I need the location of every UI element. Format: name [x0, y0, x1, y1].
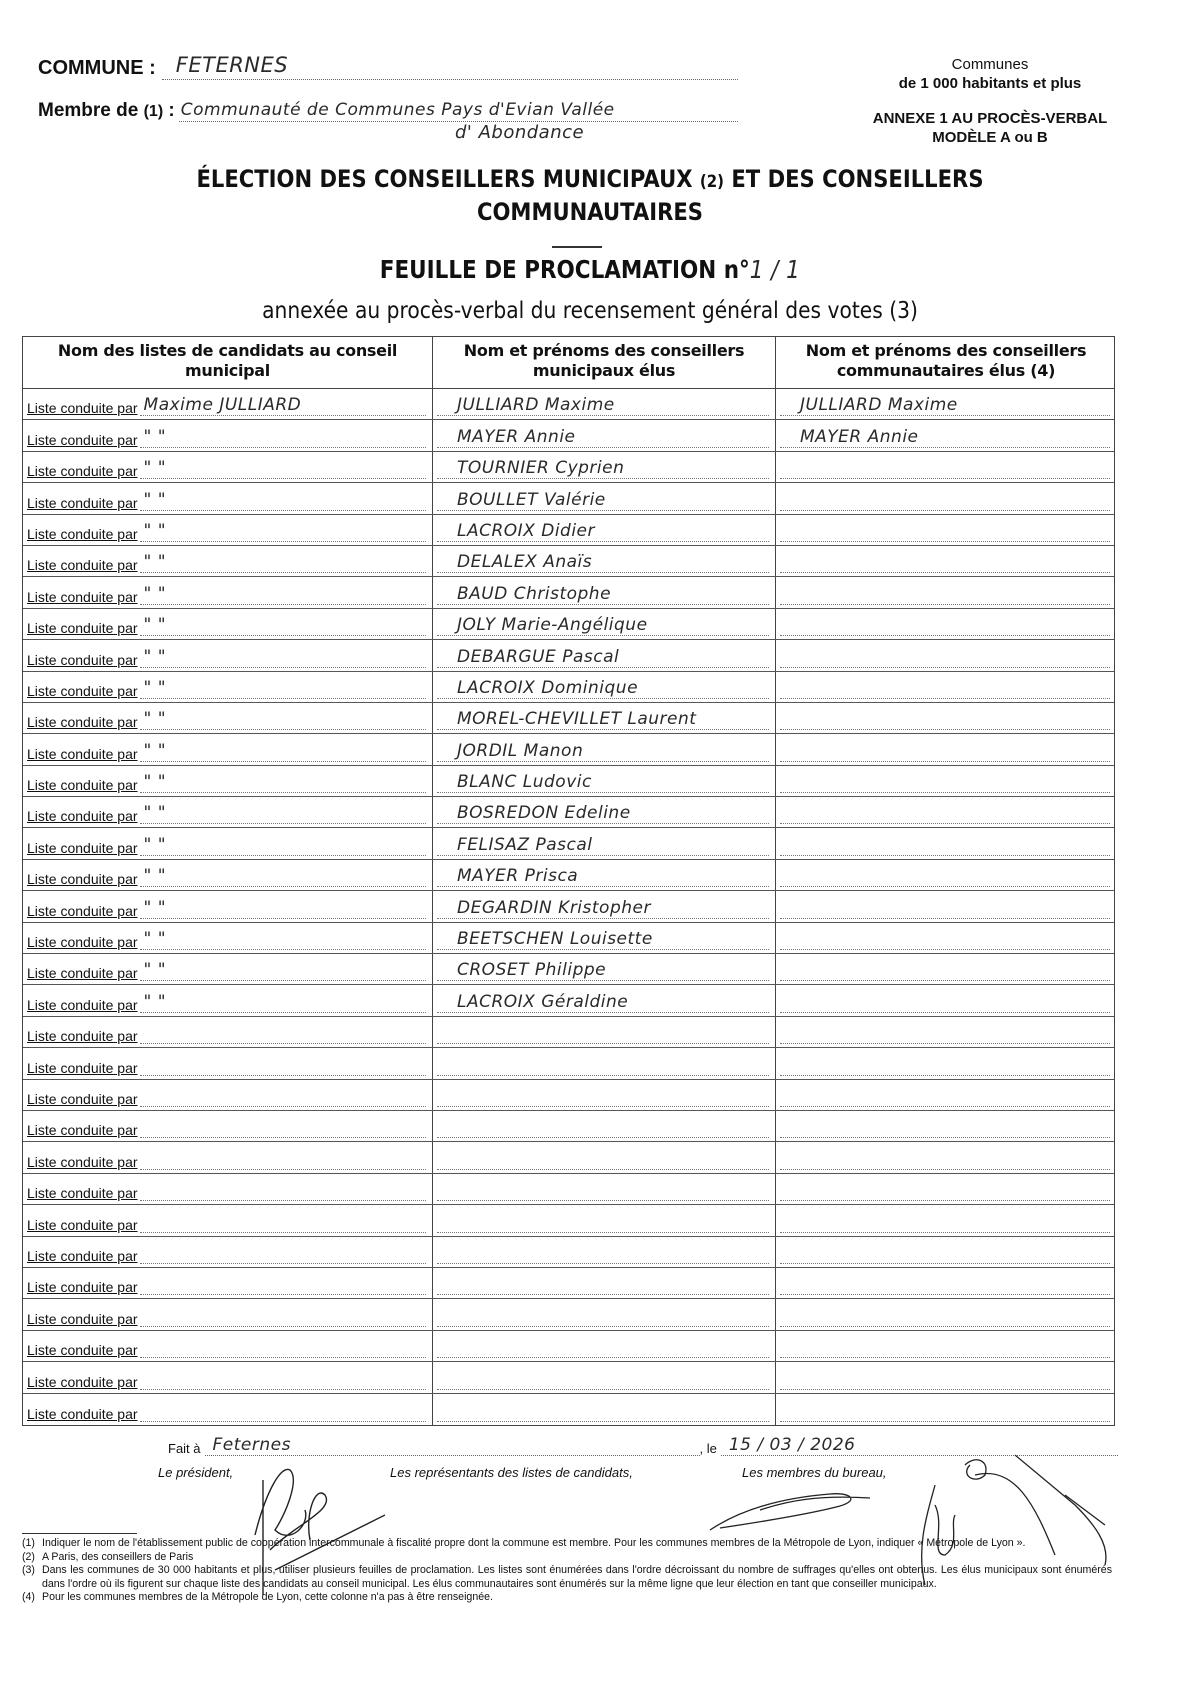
cell-communautaire[interactable] [776, 515, 1116, 545]
representants-label: Les représentants des listes de candidat… [390, 1465, 633, 1480]
table-row: Liste conduite par" "BLANC Ludovic [23, 766, 1114, 797]
cell-municipal[interactable] [433, 1205, 776, 1235]
date-value: 15 / 03 / 2026 [729, 1435, 856, 1455]
commune-field: COMMUNE : FETERNES [38, 50, 738, 80]
header-municipaux: Nom et prénoms des conseillers municipau… [433, 337, 776, 388]
liste-leader-input[interactable] [140, 1307, 426, 1327]
communautaire-name-input[interactable] [780, 491, 1110, 511]
liste-conduite-label: Liste conduite par [27, 965, 138, 981]
liste-conduite-label: Liste conduite par [27, 840, 138, 856]
municipal-name-input[interactable]: DEBARGUE Pascal [437, 648, 769, 668]
cell-liste[interactable]: Liste conduite par [23, 1174, 433, 1204]
cell-communautaire[interactable] [776, 640, 1116, 670]
table-row: Liste conduite par [23, 1142, 1114, 1173]
cell-municipal[interactable] [433, 1237, 776, 1267]
liste-leader-input[interactable]: " " [140, 710, 426, 730]
liste-leader-input[interactable] [140, 1150, 426, 1170]
cell-communautaire[interactable] [776, 452, 1116, 482]
cell-communautaire[interactable] [776, 1111, 1116, 1141]
communautaire-name-value: MAYER Annie [800, 427, 919, 447]
cell-communautaire[interactable] [776, 1017, 1116, 1047]
proclamation-number[interactable]: 1 / 1 [750, 255, 800, 284]
liste-leader-input[interactable]: " " [140, 993, 426, 1013]
cell-liste[interactable]: Liste conduite par" " [23, 672, 433, 702]
liste-leader-value: " " [144, 772, 167, 792]
cell-communautaire[interactable] [776, 1237, 1116, 1267]
liste-conduite-label: Liste conduite par [27, 1374, 138, 1390]
communautaire-name-input[interactable] [780, 993, 1110, 1013]
liste-conduite-label: Liste conduite par [27, 400, 138, 416]
municipal-name-value: MOREL-CHEVILLET Laurent [457, 709, 696, 729]
communautaire-name-input[interactable] [780, 616, 1110, 636]
liste-leader-input[interactable]: " " [140, 899, 426, 919]
liste-conduite-label: Liste conduite par [27, 620, 138, 636]
table-row: Liste conduite par" "DEBARGUE Pascal [23, 640, 1114, 671]
communautaire-name-input[interactable] [780, 553, 1110, 573]
communautaire-name-input[interactable] [780, 710, 1110, 730]
liste-conduite-label: Liste conduite par [27, 714, 138, 730]
liste-conduite-label: Liste conduite par [27, 526, 138, 542]
cell-communautaire[interactable] [776, 1362, 1116, 1392]
liste-leader-input[interactable]: " " [140, 836, 426, 856]
cell-liste[interactable]: Liste conduite par [23, 1299, 433, 1329]
cell-liste[interactable]: Liste conduite par [23, 1080, 433, 1110]
municipal-name-input[interactable]: TOURNIER Cyprien [437, 459, 769, 479]
cell-communautaire[interactable]: JULLIARD Maxime [776, 389, 1116, 419]
communautaire-name-input[interactable] [780, 679, 1110, 699]
municipal-name-input[interactable]: JOLY Marie-Angélique [437, 616, 769, 636]
form-ref-line1: Communes [820, 55, 1160, 74]
cell-municipal[interactable] [433, 1299, 776, 1329]
table-row: Liste conduite par" "FELISAZ Pascal [23, 828, 1114, 859]
cell-municipal[interactable] [433, 1080, 776, 1110]
liste-conduite-label: Liste conduite par [27, 589, 138, 605]
liste-conduite-label: Liste conduite par [27, 1406, 138, 1422]
communautaire-name-input[interactable]: MAYER Annie [780, 428, 1110, 448]
municipal-name-value: JORDIL Manon [457, 741, 583, 761]
membres-label: Les membres du bureau, [742, 1465, 887, 1480]
cell-communautaire[interactable]: MAYER Annie [776, 420, 1116, 450]
title-line1a: ÉLECTION DES CONSEILLERS MUNICIPAUX [196, 165, 692, 193]
liste-leader-input[interactable]: " " [140, 742, 426, 762]
footnote-number: (2) [22, 1551, 42, 1565]
table-row: Liste conduite par" "MOREL-CHEVILLET Lau… [23, 703, 1114, 734]
liste-leader-input[interactable]: " " [140, 867, 426, 887]
table-row: Liste conduite par" "BOSREDON Edeline [23, 797, 1114, 828]
liste-leader-input[interactable] [140, 1024, 426, 1044]
liste-leader-input[interactable]: Maxime JULLIARD [140, 396, 426, 416]
cell-liste[interactable]: Liste conduite par" " [23, 609, 433, 639]
municipal-name-input[interactable] [437, 1024, 769, 1044]
cell-municipal[interactable]: LACROIX Géraldine [433, 985, 776, 1015]
cell-communautaire[interactable] [776, 1268, 1116, 1298]
table-row: Liste conduite par" "LACROIX Didier [23, 515, 1114, 546]
cell-municipal[interactable] [433, 1394, 776, 1425]
liste-leader-value: " " [144, 898, 167, 918]
liste-leader-value: " " [144, 992, 167, 1012]
cell-communautaire[interactable] [776, 1174, 1116, 1204]
cell-municipal[interactable]: MAYER Annie [433, 420, 776, 450]
table-row: Liste conduite par" "CROSET Philippe [23, 954, 1114, 985]
table-row: Liste conduite par [23, 1048, 1114, 1079]
municipal-name-input[interactable]: BLANC Ludovic [437, 773, 769, 793]
footnote-number: (3) [22, 1564, 42, 1591]
communautaire-name-input[interactable] [780, 648, 1110, 668]
liste-leader-value: " " [144, 803, 167, 823]
communautaire-name-input[interactable] [780, 1056, 1110, 1076]
liste-leader-input[interactable]: " " [140, 679, 426, 699]
municipal-name-input[interactable] [437, 1213, 769, 1233]
cell-liste[interactable]: Liste conduite par [23, 1237, 433, 1267]
municipal-name-input[interactable]: LACROIX Dominique [437, 679, 769, 699]
communautaire-name-input[interactable] [780, 522, 1110, 542]
table-header: Nom des listes de candidats au conseil m… [23, 337, 1114, 389]
commune-input[interactable]: FETERNES [162, 56, 738, 80]
municipal-name-input[interactable] [437, 1275, 769, 1295]
communautaire-name-input[interactable] [780, 1181, 1110, 1201]
liste-leader-input[interactable]: " " [140, 616, 426, 636]
cell-municipal[interactable] [433, 1017, 776, 1047]
cell-municipal[interactable]: CROSET Philippe [433, 954, 776, 984]
municipal-name-input[interactable]: DELALEX Anaïs [437, 553, 769, 573]
cell-municipal[interactable] [433, 1174, 776, 1204]
municipal-name-input[interactable]: BOULLET Valérie [437, 491, 769, 511]
liste-conduite-label: Liste conduite par [27, 557, 138, 573]
municipal-name-input[interactable]: DEGARDIN Kristopher [437, 899, 769, 919]
liste-leader-input[interactable]: " " [140, 459, 426, 479]
cell-communautaire[interactable] [776, 1205, 1116, 1235]
form-ref-line2: de 1 000 habitants et plus [820, 74, 1160, 93]
municipal-name-input[interactable]: CROSET Philippe [437, 961, 769, 981]
communautaire-name-input[interactable] [780, 1087, 1110, 1107]
table-row: Liste conduite par" "MAYER Prisca [23, 860, 1114, 891]
membre-footnote-ref: (1) [144, 103, 164, 120]
cell-liste[interactable]: Liste conduite par" " [23, 891, 433, 921]
form-ref-line3: ANNEXE 1 AU PROCÈS-VERBAL [820, 109, 1160, 128]
liste-leader-input[interactable] [140, 1275, 426, 1295]
municipal-name-input[interactable] [437, 1118, 769, 1138]
header-listes: Nom des listes de candidats au conseil m… [23, 337, 433, 388]
municipal-name-input[interactable] [437, 1056, 769, 1076]
municipal-name-input[interactable]: BOSREDON Edeline [437, 804, 769, 824]
cell-communautaire[interactable] [776, 672, 1116, 702]
cell-liste[interactable]: Liste conduite par" " [23, 985, 433, 1015]
cell-communautaire[interactable] [776, 797, 1116, 827]
cell-municipal[interactable] [433, 1111, 776, 1141]
cell-communautaire[interactable] [776, 1394, 1116, 1425]
membre-value-continued: d' Abondance [455, 122, 584, 143]
liste-leader-input[interactable]: " " [140, 522, 426, 542]
cell-communautaire[interactable] [776, 483, 1116, 513]
cell-communautaire[interactable] [776, 985, 1116, 1015]
footnote-number: (4) [22, 1591, 42, 1605]
liste-conduite-label: Liste conduite par [27, 871, 138, 887]
municipal-name-value: JULLIARD Maxime [457, 395, 615, 415]
communautaire-name-input[interactable] [780, 1370, 1110, 1390]
communautaire-name-input[interactable] [780, 961, 1110, 981]
communautaire-name-input[interactable] [780, 1024, 1110, 1044]
cell-liste[interactable]: Liste conduite par" " [23, 483, 433, 513]
cell-municipal[interactable] [433, 1142, 776, 1172]
communautaire-name-input[interactable]: JULLIARD Maxime [780, 396, 1110, 416]
cell-liste[interactable]: Liste conduite par [23, 1205, 433, 1235]
liste-conduite-label: Liste conduite par [27, 463, 138, 479]
cell-liste[interactable]: Liste conduite par" " [23, 577, 433, 607]
cell-liste[interactable]: Liste conduite par" " [23, 452, 433, 482]
cell-municipal[interactable]: MAYER Prisca [433, 860, 776, 890]
cell-municipal[interactable]: BAUD Christophe [433, 577, 776, 607]
municipal-name-input[interactable] [437, 1402, 769, 1422]
cell-municipal[interactable] [433, 1048, 776, 1078]
communautaire-name-input[interactable] [780, 773, 1110, 793]
municipal-name-value: BEETSCHEN Louisette [457, 929, 653, 949]
cell-municipal[interactable]: BOULLET Valérie [433, 483, 776, 513]
liste-leader-value: " " [144, 835, 167, 855]
table-row: Liste conduite par [23, 1017, 1114, 1048]
municipal-name-value: FELISAZ Pascal [457, 835, 593, 855]
cell-liste[interactable]: Liste conduite par" " [23, 703, 433, 733]
liste-leader-input[interactable]: " " [140, 804, 426, 824]
cell-municipal[interactable]: DEGARDIN Kristopher [433, 891, 776, 921]
municipal-name-input[interactable]: LACROIX Géraldine [437, 993, 769, 1013]
cell-communautaire[interactable] [776, 1299, 1116, 1329]
municipal-name-input[interactable]: JULLIARD Maxime [437, 396, 769, 416]
cell-municipal[interactable]: JOLY Marie-Angélique [433, 609, 776, 639]
footnote: (4)Pour les communes membres de la Métro… [22, 1591, 1112, 1605]
liste-conduite-label: Liste conduite par [27, 903, 138, 919]
liste-conduite-label: Liste conduite par [27, 746, 138, 762]
table-row: Liste conduite par" "LACROIX Dominique [23, 672, 1114, 703]
cell-communautaire[interactable] [776, 766, 1116, 796]
municipal-name-value: TOURNIER Cyprien [457, 458, 624, 478]
cell-liste[interactable]: Liste conduite par" " [23, 640, 433, 670]
cell-communautaire[interactable] [776, 923, 1116, 953]
communautaire-name-input[interactable] [780, 1275, 1110, 1295]
cell-municipal[interactable] [433, 1268, 776, 1298]
communautaire-name-input[interactable] [780, 836, 1110, 856]
municipal-name-input[interactable]: MAYER Annie [437, 428, 769, 448]
cell-liste[interactable]: Liste conduite par [23, 1362, 433, 1392]
liste-leader-value: " " [144, 929, 167, 949]
communautaire-name-input[interactable] [780, 1118, 1110, 1138]
cell-municipal[interactable]: JULLIARD Maxime [433, 389, 776, 419]
cell-communautaire[interactable] [776, 546, 1116, 576]
communautaire-name-input[interactable] [780, 1402, 1110, 1422]
liste-leader-input[interactable]: " " [140, 491, 426, 511]
liste-conduite-label: Liste conduite par [27, 652, 138, 668]
cell-municipal[interactable]: BEETSCHEN Louisette [433, 923, 776, 953]
liste-leader-input[interactable]: " " [140, 930, 426, 950]
table-row: Liste conduite par [23, 1080, 1114, 1111]
cell-communautaire[interactable] [776, 1080, 1116, 1110]
cell-liste[interactable]: Liste conduite par [23, 1048, 433, 1078]
annexee-subtitle: annexée au procès-verbal du recensement … [150, 298, 1030, 324]
cell-liste[interactable]: Liste conduite par" " [23, 860, 433, 890]
cell-municipal[interactable] [433, 1331, 776, 1361]
cell-liste[interactable]: Liste conduite par [23, 1142, 433, 1172]
liste-conduite-label: Liste conduite par [27, 1060, 138, 1076]
communautaire-name-value: JULLIARD Maxime [800, 395, 958, 415]
cell-municipal[interactable]: LACROIX Dominique [433, 672, 776, 702]
liste-leader-input[interactable] [140, 1370, 426, 1390]
communautaire-name-input[interactable] [780, 742, 1110, 762]
liste-leader-input[interactable]: " " [140, 648, 426, 668]
proclamation-label: FEUILLE DE PROCLAMATION n° [380, 255, 750, 284]
liste-leader-value: " " [144, 741, 167, 761]
liste-conduite-label: Liste conduite par [27, 777, 138, 793]
municipal-name-value: BAUD Christophe [457, 584, 611, 604]
municipal-name-value: MAYER Annie [457, 427, 576, 447]
municipal-name-value: BLANC Ludovic [457, 772, 592, 792]
liste-leader-value: " " [144, 427, 167, 447]
footnotes: (1)Indiquer le nom de l'établissement pu… [22, 1537, 1112, 1605]
municipal-name-input[interactable]: MAYER Prisca [437, 867, 769, 887]
liste-conduite-label: Liste conduite par [27, 683, 138, 699]
communautaire-name-input[interactable] [780, 867, 1110, 887]
title-footnote-ref: (2) [700, 172, 724, 192]
municipal-name-input[interactable]: BAUD Christophe [437, 585, 769, 605]
cell-communautaire[interactable] [776, 1048, 1116, 1078]
municipal-name-input[interactable]: LACROIX Didier [437, 522, 769, 542]
communautaire-name-input[interactable] [780, 899, 1110, 919]
liste-leader-input[interactable]: " " [140, 961, 426, 981]
cell-municipal[interactable]: LACROIX Didier [433, 515, 776, 545]
municipal-name-input[interactable]: BEETSCHEN Louisette [437, 930, 769, 950]
fait-place-input[interactable]: Feternes [205, 1436, 700, 1456]
cell-liste[interactable]: Liste conduite par" " [23, 546, 433, 576]
cell-municipal[interactable] [433, 1362, 776, 1392]
liste-leader-input[interactable]: " " [140, 773, 426, 793]
cell-municipal[interactable]: DEBARGUE Pascal [433, 640, 776, 670]
cell-liste[interactable]: Liste conduite par [23, 1331, 433, 1361]
table-row: Liste conduite par [23, 1394, 1114, 1425]
membre-input[interactable]: Communauté de Communes Pays d'Evian Vall… [179, 98, 738, 122]
communautaire-name-input[interactable] [780, 1307, 1110, 1327]
table-row: Liste conduite par" "MAYER AnnieMAYER An… [23, 420, 1114, 451]
communautaire-name-input[interactable] [780, 930, 1110, 950]
footnote-number: (1) [22, 1537, 42, 1551]
cell-municipal[interactable]: MOREL-CHEVILLET Laurent [433, 703, 776, 733]
commune-label: COMMUNE : [38, 57, 156, 80]
communautaire-name-input[interactable] [780, 804, 1110, 824]
communautaire-name-input[interactable] [780, 1150, 1110, 1170]
cell-communautaire[interactable] [776, 1142, 1116, 1172]
footnote-text: Dans les communes de 30 000 habitants et… [42, 1564, 1112, 1591]
cell-communautaire[interactable] [776, 703, 1116, 733]
communautaire-name-input[interactable] [780, 585, 1110, 605]
liste-leader-input[interactable]: " " [140, 553, 426, 573]
cell-municipal[interactable]: JORDIL Manon [433, 734, 776, 764]
liste-leader-input[interactable]: " " [140, 428, 426, 448]
cell-liste[interactable]: Liste conduite par" " [23, 954, 433, 984]
cell-liste[interactable]: Liste conduite par [23, 1017, 433, 1047]
liste-leader-value: " " [144, 552, 167, 572]
cell-communautaire[interactable] [776, 734, 1116, 764]
liste-leader-input[interactable] [140, 1087, 426, 1107]
table-row: Liste conduite par" "JORDIL Manon [23, 734, 1114, 765]
municipal-name-input[interactable] [437, 1150, 769, 1170]
liste-leader-value: " " [144, 521, 167, 541]
table-row: Liste conduite par" "BAUD Christophe [23, 577, 1114, 608]
liste-leader-input[interactable] [140, 1213, 426, 1233]
cell-municipal[interactable]: BOSREDON Edeline [433, 797, 776, 827]
liste-leader-value: " " [144, 678, 167, 698]
cell-liste[interactable]: Liste conduite par" " [23, 420, 433, 450]
cell-municipal[interactable]: DELALEX Anaïs [433, 546, 776, 576]
cell-liste[interactable]: Liste conduite par [23, 1111, 433, 1141]
footnote-text: Pour les communes membres de la Métropol… [42, 1591, 493, 1605]
cell-communautaire[interactable] [776, 577, 1116, 607]
municipal-name-input[interactable]: FELISAZ Pascal [437, 836, 769, 856]
cell-liste[interactable]: Liste conduite par" " [23, 828, 433, 858]
cell-liste[interactable]: Liste conduite par" " [23, 734, 433, 764]
municipal-name-input[interactable] [437, 1087, 769, 1107]
municipal-name-input[interactable]: MOREL-CHEVILLET Laurent [437, 710, 769, 730]
communautaire-name-input[interactable] [780, 1338, 1110, 1358]
liste-leader-input[interactable] [140, 1338, 426, 1358]
liste-leader-input[interactable] [140, 1402, 426, 1422]
cell-liste[interactable]: Liste conduite parMaxime JULLIARD [23, 389, 433, 419]
municipal-name-input[interactable] [437, 1338, 769, 1358]
cell-communautaire[interactable] [776, 1331, 1116, 1361]
liste-leader-input[interactable] [140, 1118, 426, 1138]
table-row: Liste conduite par" "DELALEX Anaïs [23, 546, 1114, 577]
table-row: Liste conduite par" "DEGARDIN Kristopher [23, 891, 1114, 922]
liste-leader-input[interactable] [140, 1056, 426, 1076]
liste-conduite-label: Liste conduite par [27, 1279, 138, 1295]
cell-communautaire[interactable] [776, 954, 1116, 984]
cell-municipal[interactable]: BLANC Ludovic [433, 766, 776, 796]
cell-liste[interactable]: Liste conduite par" " [23, 515, 433, 545]
liste-conduite-label: Liste conduite par [27, 1311, 138, 1327]
le-label: , le [700, 1441, 717, 1456]
cell-municipal[interactable]: TOURNIER Cyprien [433, 452, 776, 482]
liste-leader-value: " " [144, 490, 167, 510]
cell-liste[interactable]: Liste conduite par" " [23, 923, 433, 953]
table-row: Liste conduite par" "BEETSCHEN Louisette [23, 923, 1114, 954]
membre-label-text: Membre de [38, 100, 138, 121]
communautaire-name-input[interactable] [780, 1213, 1110, 1233]
liste-leader-input[interactable]: " " [140, 585, 426, 605]
municipal-name-input[interactable] [437, 1244, 769, 1264]
cell-liste[interactable]: Liste conduite par" " [23, 766, 433, 796]
cell-liste[interactable]: Liste conduite par [23, 1268, 433, 1298]
communautaire-name-input[interactable] [780, 1244, 1110, 1264]
cell-communautaire[interactable] [776, 828, 1116, 858]
municipal-name-input[interactable] [437, 1181, 769, 1201]
municipal-name-value: LACROIX Géraldine [457, 992, 628, 1012]
cell-communautaire[interactable] [776, 860, 1116, 890]
table-row: Liste conduite par [23, 1362, 1114, 1393]
communautaire-name-input[interactable] [780, 459, 1110, 479]
president-label: Le président, [158, 1465, 233, 1480]
liste-conduite-label: Liste conduite par [27, 495, 138, 511]
liste-leader-input[interactable] [140, 1181, 426, 1201]
cell-liste[interactable]: Liste conduite par [23, 1394, 433, 1425]
municipal-name-input[interactable] [437, 1307, 769, 1327]
cell-communautaire[interactable] [776, 609, 1116, 639]
cell-communautaire[interactable] [776, 891, 1116, 921]
municipal-name-value: MAYER Prisca [457, 866, 578, 886]
cell-liste[interactable]: Liste conduite par" " [23, 797, 433, 827]
municipal-name-value: DEGARDIN Kristopher [457, 898, 651, 918]
municipal-name-input[interactable]: JORDIL Manon [437, 742, 769, 762]
liste-leader-value: " " [144, 584, 167, 604]
liste-leader-input[interactable] [140, 1244, 426, 1264]
membre-field: Membre de (1) : Communauté de Communes P… [38, 92, 738, 122]
municipal-name-input[interactable] [437, 1370, 769, 1390]
cell-municipal[interactable]: FELISAZ Pascal [433, 828, 776, 858]
